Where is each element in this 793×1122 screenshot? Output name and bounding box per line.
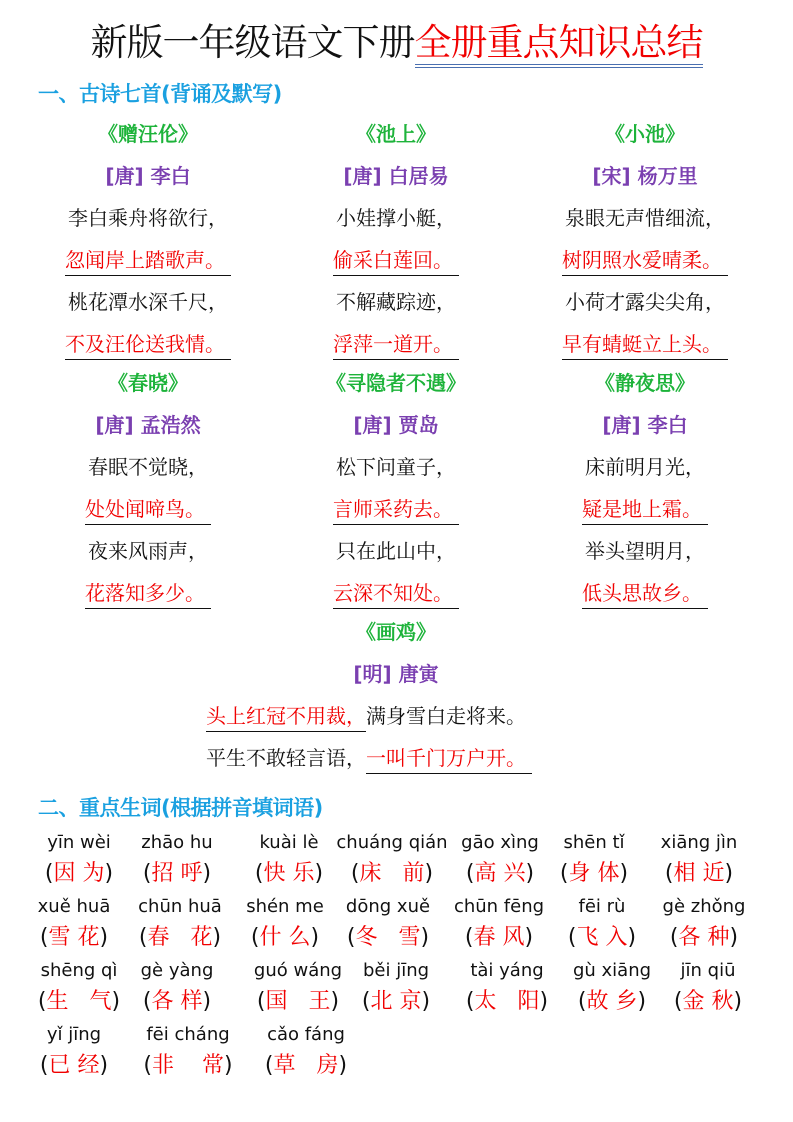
- poem-author: [唐] 李白: [515, 404, 775, 446]
- poem-line-answer: 不及汪伦送我情。: [18, 323, 278, 365]
- poem-zeng-wang-lun: 《赠汪伦》 [唐] 李白 李白乘舟将欲行， 忽闻岸上踏歌声。 桃花潭水深千尺， …: [18, 113, 278, 365]
- poem-line: 李白乘舟将欲行，: [18, 197, 278, 239]
- poem-title: 《静夜思》: [515, 362, 775, 404]
- vocab-item: kuài lè (快 乐): [246, 829, 332, 891]
- page-title: 新版一年级语文下册全册重点知识总结: [0, 18, 793, 68]
- vocab-item: tài yáng (太 阳): [460, 957, 554, 1019]
- poem-line: 泉眼无声惜细流，: [515, 197, 775, 239]
- vocab-item: chuáng qián (床 前): [334, 829, 450, 891]
- vocab-row: yīn wèi (因 为) zhāo hu (招 呼) kuài lè (快 乐…: [36, 829, 766, 893]
- vocab-item: cǎo fáng (草 房): [258, 1021, 354, 1083]
- poem-chun-xiao: 《春晓》 [唐] 孟浩然 春眠不觉晓， 处处闻啼鸟。 夜来风雨声， 花落知多少。: [18, 362, 278, 614]
- vocab-item: guó wáng (国 王): [248, 957, 348, 1019]
- vocab-item: gè yàng (各 样): [136, 957, 218, 1019]
- vocab-item: shēng qì (生 气): [36, 957, 122, 1019]
- vocab-item: gù xiāng (故 乡): [570, 957, 654, 1019]
- vocab-item: zhāo hu (招 呼): [134, 829, 220, 891]
- poem-line: 夜来风雨声，: [18, 530, 278, 572]
- vocab-row: yǐ jīng (已 经) fēi cháng (非 常) cǎo fáng (…: [36, 1021, 766, 1085]
- poem-xiao-chi: 《小池》 [宋] 杨万里 泉眼无声惜细流， 树阴照水爱晴柔。 小荷才露尖尖角， …: [515, 113, 775, 365]
- poem-hua-ji: 《画鸡》 [明] 唐寅: [266, 611, 526, 695]
- poem-xun-yin-zhe-bu-yu: 《寻隐者不遇》 [唐] 贾岛 松下问童子， 言师采药去。 只在此山中， 云深不知…: [266, 362, 526, 614]
- poem-line: 举头望明月，: [515, 530, 775, 572]
- poem-line-answer: 忽闻岸上踏歌声。: [18, 239, 278, 281]
- poem-line-hua-ji-1: 头上红冠不用裁，满身雪白走将来。: [0, 695, 793, 737]
- poem-title: 《春晓》: [18, 362, 278, 404]
- vocab-item: gè zhǒng (各 种): [658, 893, 750, 955]
- vocab-item: fēi rù (飞 入): [562, 893, 642, 955]
- poem-line-answer: 早有蜻蜓立上头。: [515, 323, 775, 365]
- poem-title: 《画鸡》: [266, 611, 526, 653]
- poem-line: 不解藏踪迹，: [266, 281, 526, 323]
- poem-line-answer: 偷采白莲回。: [266, 239, 526, 281]
- poem-author: [唐] 白居易: [266, 155, 526, 197]
- section-heading-poems: 一、古诗七首(背诵及默写): [38, 78, 282, 108]
- poem-line-answer: 言师采药去。: [266, 488, 526, 530]
- poem-line: 春眠不觉晓，: [18, 446, 278, 488]
- poem-title: 《寻隐者不遇》: [266, 362, 526, 404]
- vocab-item: shēn tǐ (身 体): [556, 829, 632, 891]
- vocab-item: gāo xìng (高 兴): [456, 829, 544, 891]
- poem-author: [宋] 杨万里: [515, 155, 775, 197]
- poem-line-answer: 处处闻啼鸟。: [18, 488, 278, 530]
- poem-chi-shang: 《池上》 [唐] 白居易 小娃撑小艇， 偷采白莲回。 不解藏踪迹， 浮萍一道开。: [266, 113, 526, 365]
- poem-line-answer: 疑是地上霜。: [515, 488, 775, 530]
- poem-line: 床前明月光，: [515, 446, 775, 488]
- poem-author: [明] 唐寅: [266, 653, 526, 695]
- poem-author: [唐] 李白: [18, 155, 278, 197]
- vocab-item: shén me (什 么): [244, 893, 326, 955]
- poem-line-answer: 低头思故乡。: [515, 572, 775, 614]
- vocab-item: chūn fēng (春 风): [452, 893, 546, 955]
- poem-title: 《池上》: [266, 113, 526, 155]
- section-heading-vocab: 二、重点生词(根据拼音填词语): [38, 792, 323, 822]
- poem-line-answer: 花落知多少。: [18, 572, 278, 614]
- vocab-item: fēi cháng (非 常): [134, 1021, 242, 1083]
- poem-line: 小娃撑小艇，: [266, 197, 526, 239]
- vocab-row: xuě huā (雪 花) chūn huā (春 花) shén me (什 …: [36, 893, 766, 957]
- vocab-item: yǐ jīng (已 经): [36, 1021, 112, 1083]
- title-main: 新版一年级语文下册: [91, 21, 415, 64]
- poem-line-answer: 树阴照水爱晴柔。: [515, 239, 775, 281]
- vocab-item: xuě huā (雪 花): [36, 893, 112, 955]
- poem-jing-ye-si: 《静夜思》 [唐] 李白 床前明月光， 疑是地上霜。 举头望明月， 低头思故乡。: [515, 362, 775, 614]
- vocab-item: yīn wèi (因 为): [36, 829, 122, 891]
- poem-line-hua-ji-2: 平生不敢轻言语，一叫千门万户开。: [0, 737, 793, 779]
- poem-line: 小荷才露尖尖角，: [515, 281, 775, 323]
- poem-line: 只在此山中，: [266, 530, 526, 572]
- vocab-item: běi jīng (北 京): [354, 957, 438, 1019]
- poem-author: [唐] 贾岛: [266, 404, 526, 446]
- vocab-item: jīn qiū (金 秋): [666, 957, 750, 1019]
- title-highlight: 全册重点知识总结: [415, 21, 703, 68]
- poem-line-answer: 云深不知处。: [266, 572, 526, 614]
- vocab-item: dōng xuě (冬 雪): [342, 893, 434, 955]
- poem-author: [唐] 孟浩然: [18, 404, 278, 446]
- vocab-row: shēng qì (生 气) gè yàng (各 样) guó wáng (国…: [36, 957, 766, 1021]
- poem-title: 《小池》: [515, 113, 775, 155]
- poem-line: 桃花潭水深千尺，: [18, 281, 278, 323]
- vocab-item: chūn huā (春 花): [134, 893, 226, 955]
- vocab-item: xiāng jìn (相 近): [656, 829, 742, 891]
- poem-title: 《赠汪伦》: [18, 113, 278, 155]
- poem-line: 松下问童子，: [266, 446, 526, 488]
- poem-line-answer: 浮萍一道开。: [266, 323, 526, 365]
